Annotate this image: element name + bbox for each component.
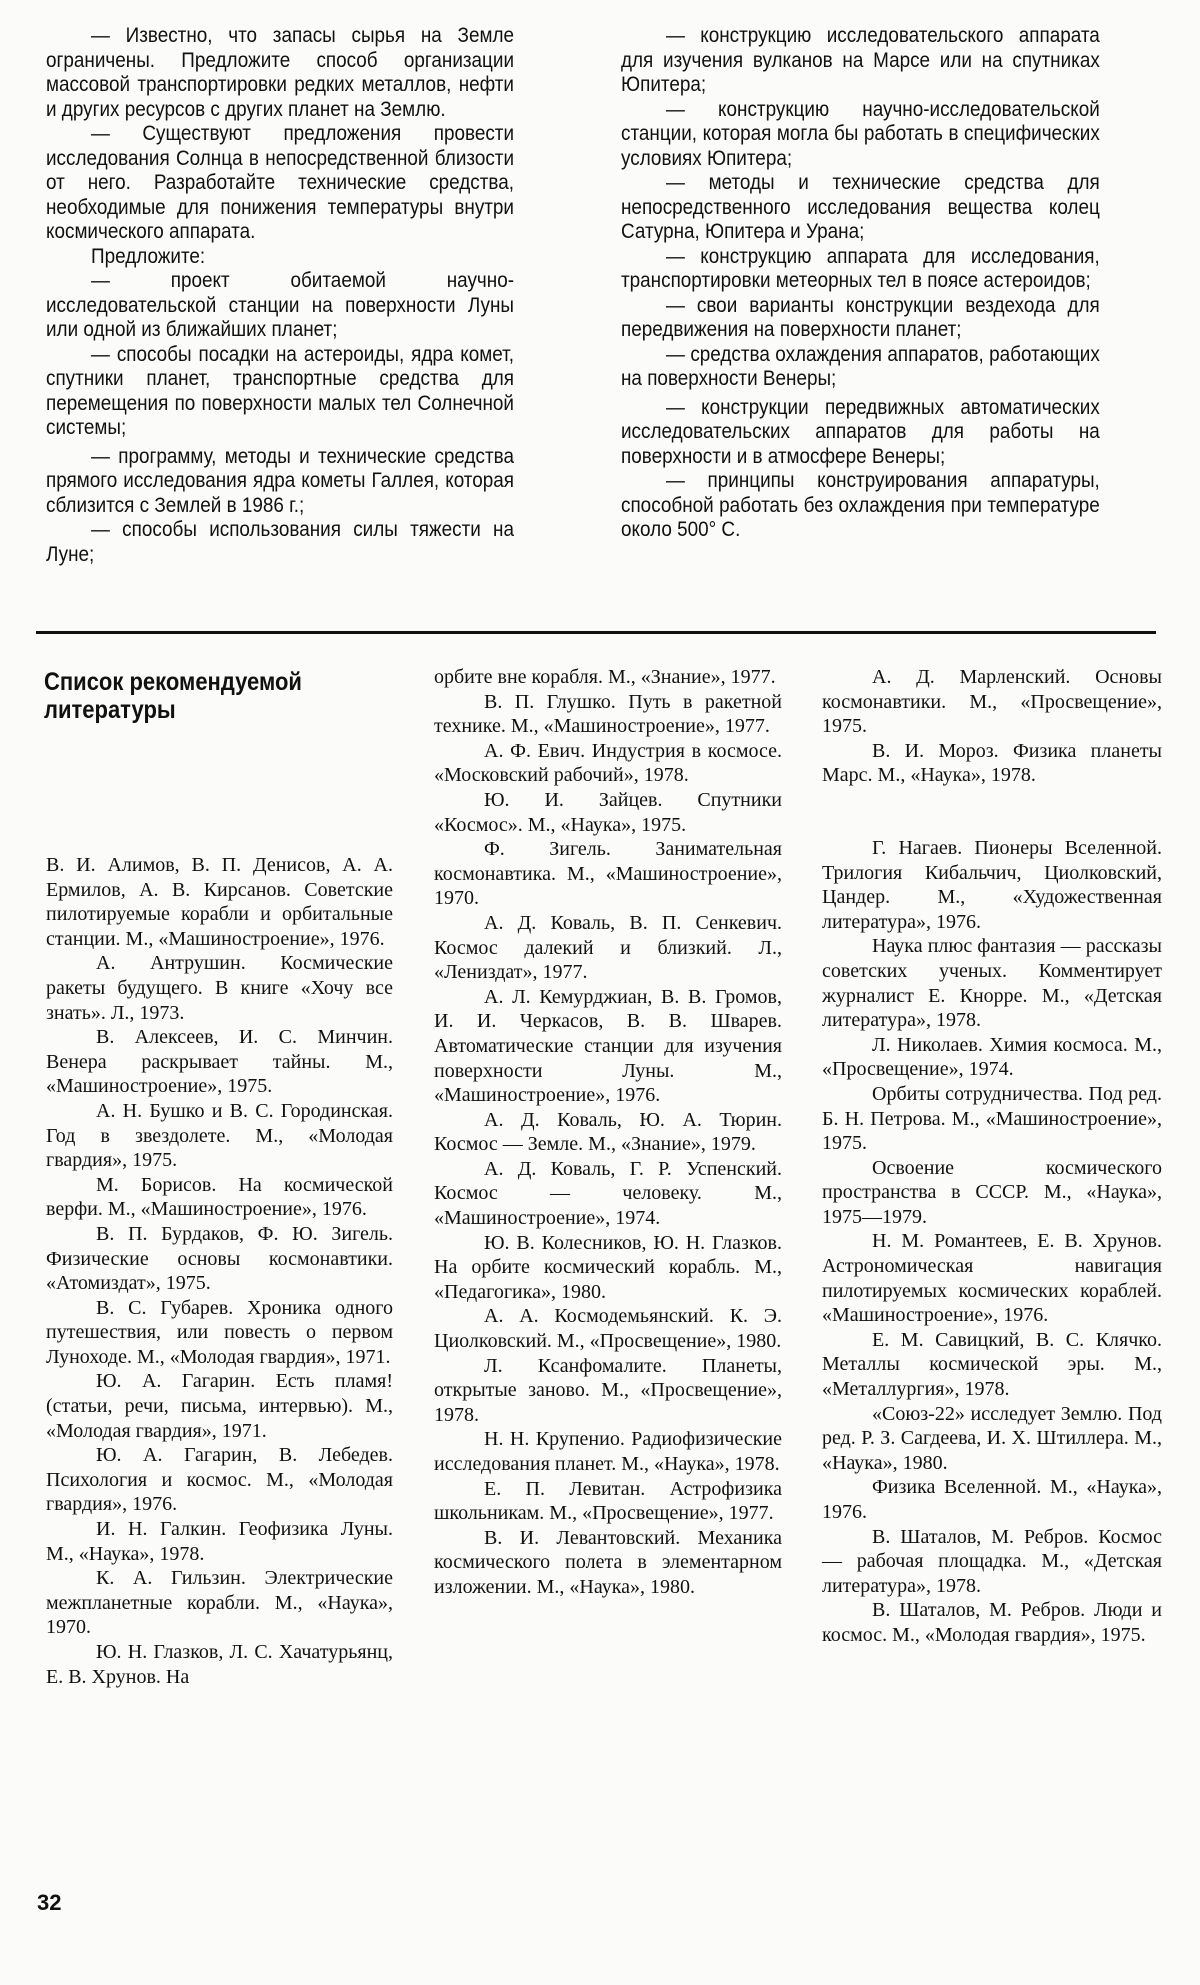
task-paragraph: — Известно, что запасы сырья на Земле ог… (46, 24, 514, 122)
task-intro: Предложите: (46, 245, 514, 270)
bibliography-entry: А. Ф. Евич. Индустрия в космосе. «Москов… (434, 739, 782, 788)
task-paragraph: — Существуют предложения провести исслед… (46, 122, 514, 245)
bibliography-column-3: А. Д. Марленский. Основы космонавтики. М… (822, 665, 1162, 1648)
bibliography-entry: В. Алексеев, И. С. Минчин. Венера раскры… (46, 1025, 393, 1099)
task-paragraph: — принципы конструирования аппаратуры, с… (621, 469, 1100, 543)
task-paragraph: — способы посадки на астероиды, ядра ком… (46, 343, 514, 441)
bibliography-entry: Л. Ксанфомалите. Планеты, открытые занов… (434, 1354, 782, 1428)
bibliography-entry: Е. П. Левитан. Астрофизика школьникам. М… (434, 1477, 782, 1526)
bibliography-entry: В. Шаталов, М. Ребров. Люди и космос. М.… (822, 1598, 1162, 1647)
bibliography-entry: В. И. Мороз. Физика планеты Марс. М., «Н… (822, 739, 1162, 788)
bibliography-entry: Орбиты сотрудничества. Под ред. Б. Н. Пе… (822, 1082, 1162, 1156)
bibliography-entry: Ю. В. Колесников, Ю. Н. Глазков. На орби… (434, 1231, 782, 1305)
task-paragraph: — конструкцию аппарата для исследования,… (621, 245, 1100, 294)
bibliography-entry: В. П. Бурдаков, Ф. Ю. Зигель. Физические… (46, 1222, 393, 1296)
task-paragraph: — средства охлаждения аппаратов, работаю… (621, 343, 1100, 392)
bibliography-entry: А. Д. Коваль, Ю. А. Тюрин. Космос — Земл… (434, 1108, 782, 1157)
bibliography-entry: Ю. Н. Глазков, Л. С. Хачатурьянц, Е. В. … (46, 1640, 393, 1689)
bibliography-entry: К. А. Гильзин. Электрические межпланетны… (46, 1566, 393, 1640)
bibliography-entry: А. Н. Бушко и В. С. Городинская. Год в з… (46, 1099, 393, 1173)
bibliography-entry: «Союз-22» исследует Землю. Под ред. Р. З… (822, 1402, 1162, 1476)
bibliography-entry: Н. М. Романтеев, Е. В. Хрунов. Астрономи… (822, 1229, 1162, 1327)
task-paragraph: — программу, методы и технические средст… (46, 445, 514, 519)
bibliography-entry: Ю. А. Гагарин. Есть пламя! (статьи, речи… (46, 1369, 393, 1443)
task-paragraph: — конструкции передвижных автоматических… (621, 396, 1100, 470)
bibliography-entry: В. И. Алимов, В. П. Денисов, А. А. Ермил… (46, 853, 393, 951)
task-paragraph: — методы и технические средства для непо… (621, 171, 1100, 245)
book-page: — Известно, что запасы сырья на Земле ог… (0, 0, 1200, 1985)
bibliography-entry: Г. Нагаев. Пионеры Вселенной. Трилогия К… (822, 836, 1162, 934)
bibliography-entry: Ф. Зигель. Занимательная космонавтика. М… (434, 837, 782, 911)
bibliography-entry: Наука плюс фантазия — рассказы советских… (822, 934, 1162, 1032)
bibliography-entry: Н. Н. Крупенио. Радиофизические исследов… (434, 1427, 782, 1476)
task-paragraph: — свои варианты конструкции вездехода дл… (621, 294, 1100, 343)
task-paragraph: — конструкцию исследовательского аппарат… (621, 24, 1100, 98)
bibliography-entry: В. П. Глушко. Путь в ракетной технике. М… (434, 690, 782, 739)
bibliography-entry: В. С. Губарев. Хроника одного путешестви… (46, 1296, 393, 1370)
bibliography-entry: Освоение космического пространства в ССС… (822, 1156, 1162, 1230)
bibliography-entry: В. Шаталов, М. Ребров. Космос — рабочая … (822, 1525, 1162, 1599)
bibliography-entry: А. Д. Марленский. Основы космонавтики. М… (822, 665, 1162, 739)
bibliography-column-2: орбите вне корабля. М., «Знание», 1977. … (434, 665, 782, 1600)
bibliography-entry: Е. М. Савицкий, В. С. Клячко. Металлы ко… (822, 1328, 1162, 1402)
section-divider (36, 631, 1156, 634)
tasks-column-right: — конструкцию исследовательского аппарат… (621, 24, 1100, 543)
bibliography-entry: М. Борисов. На космической верфи. М., «М… (46, 1173, 393, 1222)
task-paragraph: — проект обитаемой научно-исследовательс… (46, 269, 514, 343)
bibliography-heading: Список рекомендуемой литературы (44, 668, 308, 724)
page-number: 32 (37, 1890, 61, 1916)
bibliography-entry: Физика Вселенной. М., «Наука», 1976. (822, 1475, 1162, 1524)
tasks-column-left: — Известно, что запасы сырья на Земле ог… (46, 24, 514, 567)
bibliography-entry: Ю. А. Гагарин, В. Лебедев. Психология и … (46, 1443, 393, 1517)
task-paragraph: — конструкцию научно-исследовательской с… (621, 98, 1100, 172)
bibliography-entry: И. Н. Галкин. Геофизика Луны. М., «Наука… (46, 1517, 393, 1566)
bibliography-entry: А. Д. Коваль, Г. Р. Успенский. Космос — … (434, 1157, 782, 1231)
bibliography-entry: А. Л. Кемурджиан, В. В. Громов, И. И. Че… (434, 985, 782, 1108)
task-paragraph: — способы использования силы тяжести на … (46, 518, 514, 567)
bibliography-entry-continuation: орбите вне корабля. М., «Знание», 1977. (434, 665, 782, 690)
bibliography-entry: Л. Николаев. Химия космоса. М., «Просвещ… (822, 1033, 1162, 1082)
bibliography-entry: В. И. Левантовский. Механика космическог… (434, 1526, 782, 1600)
bibliography-entry: Ю. И. Зайцев. Спутники «Космос». М., «На… (434, 788, 782, 837)
bibliography-entry: А. Антрушин. Космические ракеты будущего… (46, 951, 393, 1025)
bibliography-column-1: В. И. Алимов, В. П. Денисов, А. А. Ермил… (46, 853, 393, 1689)
bibliography-entry: А. Д. Коваль, В. П. Сенкевич. Космос дал… (434, 911, 782, 985)
bibliography-entry: А. А. Космодемьянский. К. Э. Циолковский… (434, 1304, 782, 1353)
